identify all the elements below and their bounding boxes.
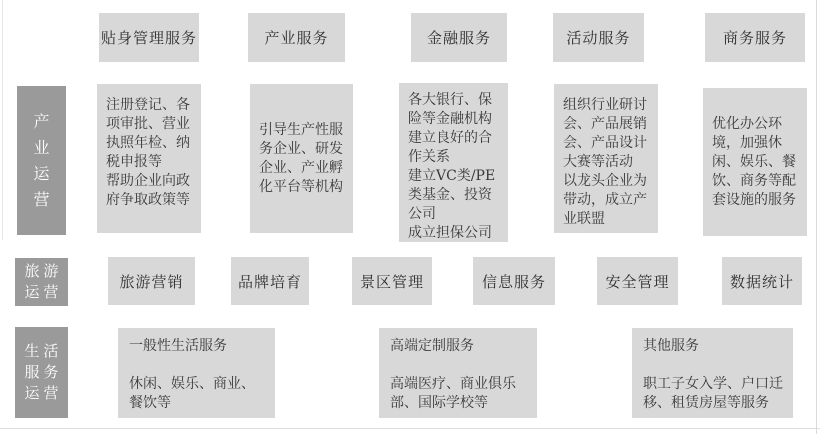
industry-box-office-environment: 优化办公环境，加强休闲、娱乐、餐饮、商务等配套设施的服务 bbox=[703, 88, 807, 236]
life-box-body: 休闲、娱乐、商业、餐饮等 bbox=[129, 375, 265, 413]
life-box-other-service: 其他服务 职工子女入学、户口迁移、租赁房屋等服务 bbox=[632, 328, 793, 418]
industry-box-registration: 注册登记、各项审批、营业执照年检、纳税申报等 帮助企业向政府争取政策等 bbox=[97, 84, 201, 233]
service-structure-diagram: 贴身管理服务 产业服务 金融服务 活动服务 商务服务 产 业 运 营 旅游 运营… bbox=[0, 0, 820, 434]
tourism-item-brand-cultivation: 品牌培育 bbox=[231, 257, 309, 305]
header-business-service: 商务服务 bbox=[705, 13, 805, 62]
tourism-item-information-service: 信息服务 bbox=[473, 257, 555, 305]
life-box-title: 高端定制服务 bbox=[390, 337, 527, 356]
industry-box-productive-service: 引导生产性服务企业、研发企业、产业孵化平台等机构 bbox=[250, 84, 353, 233]
side-label-life-service-operation: 生活 服务 运营 bbox=[15, 327, 68, 418]
tourism-item-marketing: 旅游营销 bbox=[108, 257, 195, 305]
side-label-industry-operation: 产 业 运 营 bbox=[17, 86, 66, 235]
header-industry-service: 产业服务 bbox=[248, 13, 345, 62]
tourism-item-data-statistics: 数据统计 bbox=[722, 257, 802, 305]
header-activity-service: 活动服务 bbox=[553, 13, 644, 62]
life-box-general-service: 一般性生活服务 休闲、娱乐、商业、餐饮等 bbox=[118, 328, 275, 418]
bottom-border-line bbox=[0, 428, 820, 429]
left-border-line bbox=[2, 0, 3, 240]
header-finance-service: 金融服务 bbox=[411, 13, 507, 62]
life-box-title: 其他服务 bbox=[643, 337, 783, 356]
life-box-premium-custom-service: 高端定制服务 高端医疗、商业俱乐部、国际学校等 bbox=[379, 328, 537, 418]
tourism-item-scenic-management: 景区管理 bbox=[352, 257, 432, 305]
right-border-line bbox=[816, 0, 817, 434]
industry-box-activity-organization: 组织行业研讨会、产品展销会、产品设计大赛等活动 以龙头企业为带动，成立产业联盟 bbox=[554, 84, 658, 233]
side-label-tourism-operation: 旅游 运营 bbox=[15, 258, 68, 306]
industry-box-finance-institutions: 各大银行、保险等金融机构建立良好的合作关系 建立VC类/PE类基金、投资公司 成… bbox=[399, 83, 508, 242]
tourism-item-safety-management: 安全管理 bbox=[597, 257, 678, 305]
life-box-title: 一般性生活服务 bbox=[129, 337, 265, 356]
life-box-body: 高端医疗、商业俱乐部、国际学校等 bbox=[390, 375, 527, 413]
life-box-body: 职工子女入学、户口迁移、租赁房屋等服务 bbox=[643, 375, 783, 413]
header-personal-management-service: 贴身管理服务 bbox=[99, 13, 199, 62]
